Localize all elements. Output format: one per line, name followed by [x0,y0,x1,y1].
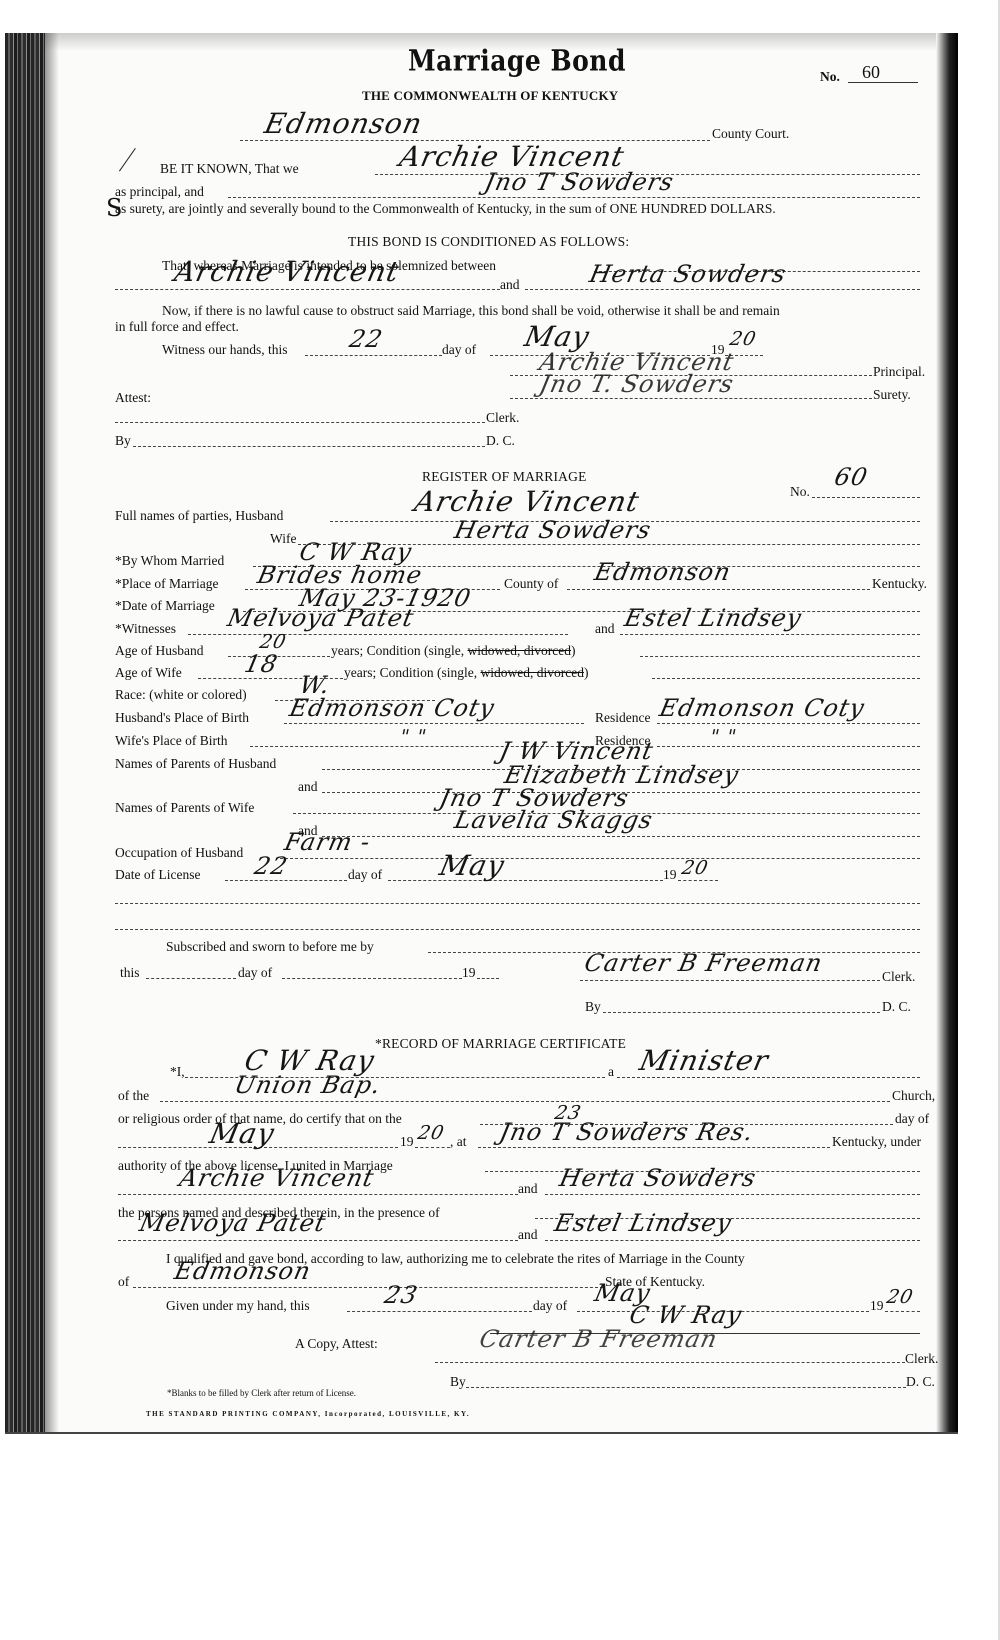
age-husband-label: Age of Husband [115,644,203,658]
margin-tally-mark: S [106,196,122,220]
bond-surety-name: Jno T Sowders [482,170,676,194]
register-occupation: Farm - [282,830,372,854]
certificate-by-label: By [450,1375,466,1389]
certificate-i-label: *I, [170,1065,185,1079]
given-year-line [885,1311,920,1312]
certificate-dc-line [466,1387,906,1388]
husband-parents-and-label: and [298,780,318,794]
certificate-dc-label: D. C. [906,1375,935,1389]
parents-wife-label: Names of Parents of Wife [115,801,254,815]
sworn-by-label: By [585,1000,601,1014]
husband-label: Full names of parties, Husband [115,509,283,523]
blanks-footnote: *Blanks to be filled by Clerk after retu… [167,1389,356,1398]
parents-husband-label: Names of Parents of Husband [115,757,276,771]
blank-line-1 [115,903,920,904]
bond-clerk-label: Clerk. [486,411,519,425]
witnesses-and-label: and [595,622,615,636]
license-day-line [225,880,347,881]
certificate-year-prefix: 19 [400,1135,414,1149]
register-wife-residence: " " [708,728,739,747]
register-license-month: May [437,852,507,880]
register-license-year: 20 [680,859,710,878]
witness-day-line [305,355,442,356]
license-year-prefix: 19 [663,868,677,882]
kentucky-under-label: Kentucky, under [832,1135,921,1149]
party-one-line [115,289,500,290]
party-two-line [525,289,920,290]
bond-dc-label: D. C. [486,434,515,448]
sworn-dc-label: D. C. [882,1000,911,1014]
given-label: Given under my hand, this [166,1299,310,1313]
register-number-label: No. [790,485,810,499]
sworn-clerk-label: Clerk. [882,970,915,984]
given-day-of-label: day of [533,1299,567,1313]
certificate-county-line [133,1287,603,1288]
full-force-text: in full force and effect. [115,320,239,334]
certificate-party-two-line [545,1194,920,1195]
certificate-party-two: Herta Sowders [557,1166,758,1190]
church-label: Church, [892,1089,935,1103]
register-husband-residence: Edmonson Coty [657,696,867,720]
condition-wife-line [652,678,920,679]
register-number-line [812,497,920,498]
sworn-day-of-label: day of [238,966,272,980]
sworn-this-label: this [120,966,140,980]
bond-principal-name: Archie Vincent [397,143,627,171]
condition-husband-line [640,656,920,657]
scan-right-edge [936,33,958,1433]
register-witness-one: Melvoya Patet [225,606,416,630]
register-husband-father: J W Vincent [497,739,655,763]
certificate-county: Edmonson [172,1259,313,1283]
wife-mother-line [322,836,920,837]
license-day-of-label: day of [348,868,382,882]
scan-left-binding-edge [5,33,45,1433]
age-wife-label: Age of Wife [115,666,182,680]
bond-dc-line [133,446,485,447]
license-label: Date of License [115,868,200,882]
bond-by-label: By [115,434,131,448]
register-kentucky-label: Kentucky. [872,577,927,591]
surety-signature-line [510,398,872,399]
certificate-church: Union Bap. [232,1073,383,1097]
register-wife-birth: " " [398,728,429,747]
wife-residence-line [657,746,920,747]
county-court-label: County Court. [712,127,789,141]
sworn-day-line [146,978,236,979]
certificate-party-one-line [118,1194,518,1195]
party-and-label: and [500,278,520,292]
certificate-clerk-label: Clerk. [905,1352,938,1366]
certificate-at-label: , at [450,1135,467,1149]
principal-label: Principal. [873,365,925,379]
bond-party-one: Archie Vincent [172,258,402,286]
bond-number-value: 60 [862,63,880,81]
sworn-year-prefix: 19 [462,966,476,980]
register-husband-birth: Edmonson Coty [287,696,497,720]
register-age-wife: 18 [242,652,280,676]
blank-line-2 [115,929,920,930]
printer-imprint: THE STANDARD PRINTING COMPANY, Incorpora… [146,1411,470,1418]
condition-prefix: years; Condition (single, [331,643,464,658]
condition-prefix: years; Condition (single, [344,665,477,680]
husband-birth-line [284,723,584,724]
condition-close: ) [571,643,576,658]
register-wife-mother: Lavelia Skaggs [452,808,655,832]
subscribed-label: Subscribed and sworn to before me by [166,940,374,954]
bond-number-label: No. [820,70,840,84]
certificate-given-day: 23 [382,1283,420,1307]
condition-close: ) [584,665,589,680]
witness-two-line [620,634,920,635]
husband-birth-label: Husband's Place of Birth [115,711,249,725]
certificate-witness-two: Estel Lindsey [552,1211,734,1235]
occupation-line [280,858,920,859]
certificate-year-line [415,1147,450,1148]
sworn-clerk-line [580,980,880,981]
surety-label: Surety. [873,388,911,402]
certificate-location-line [478,1147,830,1148]
register-county: Edmonson [592,560,733,584]
bond-witness-month: May [522,323,592,351]
certificate-of-label: of [118,1275,129,1289]
be-it-known-label: BE IT KNOWN, That we [160,162,299,176]
years-condition-label-wife: years; Condition (single, widowed, divor… [344,666,588,680]
years-condition-label-husband: years; Condition (single, widowed, divor… [331,644,575,658]
witness-day-of-label: day of [442,343,476,357]
condition-struck-options: widowed, divorced [467,643,570,658]
clerk-line [115,422,485,423]
bond-party-two: Herta Sowders [587,262,788,286]
certificate-given-year: 20 [885,1288,915,1307]
certificate-parties-and-label: and [518,1182,538,1196]
certificate-officiant-title: Minister [637,1047,771,1075]
sworn-year-line [477,978,499,979]
of-the-label: of the [118,1089,149,1103]
husband-residence-label: Residence [595,711,650,725]
occupation-label: Occupation of Husband [115,846,243,860]
attest-label: Attest: [115,391,151,405]
condition-struck-options: widowed, divorced [480,665,583,680]
witnesses-label: *Witnesses [115,622,176,636]
sworn-dc-line [603,1012,880,1013]
certificate-witnesses-and-label: and [518,1228,538,1242]
date-label: *Date of Marriage [115,599,215,613]
certificate-location: Jno T Sowders Res. [497,1120,756,1144]
register-county-line [567,589,870,590]
bond-witness-day: 22 [347,327,385,351]
certificate-day-of-label: day of [895,1112,929,1126]
certificate-a-label: a [608,1065,614,1079]
certificate-witness-one-line [118,1240,518,1241]
register-husband: Archie Vincent [412,488,642,516]
certificate-clerk-line [435,1362,905,1363]
license-year-line [678,880,718,881]
certificate-witness-two-line [545,1240,920,1241]
wife-label: Wife [270,532,296,546]
place-label: *Place of Marriage [115,577,218,591]
document-title: Marriage Bond [408,44,626,77]
conditioned-heading: THIS BOND IS CONDITIONED AS FOLLOWS: [348,235,629,249]
surety-line [228,197,920,198]
bond-county: Edmonson [262,110,425,138]
lawful-cause-text: Now, if there is no lawful cause to obst… [162,304,780,318]
sworn-month-line [282,978,462,979]
husband-residence-line [657,723,920,724]
witness-hands-label: Witness our hands, this [162,343,287,357]
state-heading: THE COMMONWEALTH OF KENTUCKY [362,89,618,102]
register-witness-two: Estel Lindsey [622,606,804,630]
given-year-prefix: 19 [870,1299,884,1313]
copy-attest-label: A Copy, Attest: [295,1337,378,1351]
certificate-year: 20 [416,1124,446,1143]
sworn-clerk-signature: Carter B Freeman [582,951,825,975]
church-line [160,1101,890,1102]
register-number-value: 60 [832,465,870,489]
wife-birth-label: Wife's Place of Birth [115,734,227,748]
certificate-month: May [207,1120,277,1148]
certificate-clerk-signature: Carter B Freeman [477,1327,720,1351]
register-wife: Herta Sowders [452,518,653,542]
license-month-line [388,880,663,881]
scan-bottom-edge [5,1432,958,1434]
by-whom-label: *By Whom Married [115,554,224,568]
race-label: Race: (white or colored) [115,688,247,702]
as-principal-label: as principal, and [115,185,204,199]
bond-witness-year: 20 [728,330,758,349]
officiant-title-line [617,1077,920,1078]
given-day-line [347,1311,532,1312]
register-license-day: 22 [252,854,290,878]
surety-signature: Jno T. Sowders [537,372,736,396]
certificate-heading: *RECORD OF MARRIAGE CERTIFICATE [375,1037,626,1051]
county-of-label: County of [504,577,558,591]
bond-number-line [848,82,918,83]
officiant-signature: C W Ray [627,1303,744,1327]
witness-one-line [188,634,568,635]
certificate-witness-one: Melvoya Patet [137,1211,328,1235]
certificate-party-one: Archie Vincent [177,1166,376,1190]
surety-text: as surety, are jointly and severally bou… [115,202,776,216]
register-heading: REGISTER OF MARRIAGE [422,470,587,484]
